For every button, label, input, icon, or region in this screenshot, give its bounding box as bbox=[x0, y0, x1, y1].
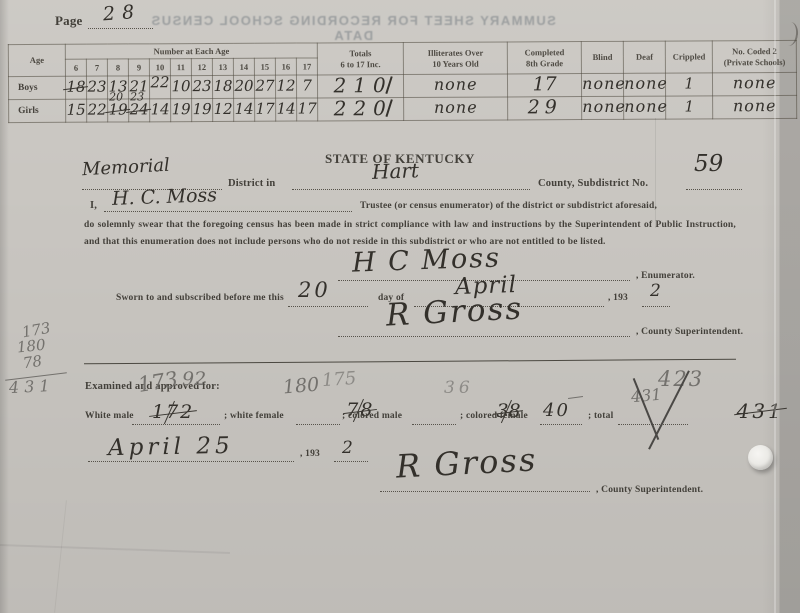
boys-age-count: 23 bbox=[192, 77, 211, 95]
paper-crease bbox=[655, 118, 656, 228]
colored-female-line bbox=[540, 424, 582, 425]
white-female-line bbox=[296, 424, 340, 425]
completed-8th-header: Completed 8th Grade bbox=[507, 42, 581, 74]
boys-age-count: 27 bbox=[255, 77, 274, 95]
scanned-census-summary-sheet: SUMMARY SHEET FOR RECORDING SCHOOL CENSU… bbox=[0, 0, 800, 613]
girls-total: 220 bbox=[329, 96, 393, 120]
white-female-label: ; white female bbox=[224, 411, 284, 421]
boys-age-count: 22 bbox=[150, 73, 169, 91]
girls-age-count: 14 bbox=[151, 100, 170, 118]
count-cell: 22 bbox=[87, 99, 108, 122]
boys-age-count: 18 bbox=[213, 77, 232, 95]
age-header-6: 6 bbox=[65, 59, 86, 76]
girls-completed-8th: 29 bbox=[528, 96, 562, 118]
age-header-12: 12 bbox=[191, 58, 212, 75]
girls-blind-cell: none bbox=[582, 96, 624, 119]
girls-age-count: 19 bbox=[172, 100, 191, 118]
girls-age-count: 14 bbox=[277, 100, 296, 118]
totals-header-line2: 6 to 17 Inc. bbox=[318, 58, 403, 69]
pencil-above-colored-male: 36 bbox=[444, 380, 474, 397]
crippled-header: Crippled bbox=[665, 41, 712, 73]
county-name-handwritten: Hart bbox=[372, 160, 420, 182]
girls-coded-cell: none bbox=[713, 95, 797, 118]
count-cell: 17 bbox=[297, 98, 318, 121]
age-header-13: 13 bbox=[212, 58, 233, 75]
girls-illiterates: none bbox=[434, 98, 478, 117]
coded-header-line2: (Private Schools) bbox=[713, 56, 796, 67]
pencil-top-total: 423 bbox=[658, 369, 704, 390]
girls-crippled-cell: 1 bbox=[666, 96, 713, 119]
approval-year-prefix: , 193 bbox=[300, 449, 320, 459]
paper-crease bbox=[54, 500, 67, 612]
girls-age-8-correction: 20 bbox=[109, 90, 123, 103]
age-header-9: 9 bbox=[128, 59, 149, 76]
sworn-year-digit-handwritten: 2 bbox=[650, 283, 661, 300]
count-cell: 19 20 bbox=[108, 99, 129, 122]
trustee-clause: Trustee (or census enumerator) of the di… bbox=[360, 201, 738, 211]
coded-header-line1: No. Coded 2 bbox=[713, 46, 796, 57]
age-header-17: 17 bbox=[296, 58, 317, 75]
sworn-day-line bbox=[288, 306, 368, 307]
age-header-16: 16 bbox=[275, 58, 296, 75]
i-label: I, bbox=[90, 200, 97, 211]
girls-age-count-struck: 19 bbox=[109, 102, 128, 117]
boys-age-count: 20 bbox=[234, 77, 253, 95]
trustee-name-line bbox=[104, 211, 352, 212]
total-line bbox=[618, 424, 688, 425]
completed-header-line1: Completed bbox=[508, 47, 581, 58]
white-male-line bbox=[132, 424, 220, 425]
approval-year-digit: 2 bbox=[342, 440, 353, 457]
age-header-7: 7 bbox=[86, 59, 107, 76]
count-cell: 24 23 bbox=[129, 99, 150, 122]
boys-age-count: 18 bbox=[66, 80, 85, 95]
punch-hole bbox=[748, 445, 773, 470]
colored-female-label: ; colored female bbox=[460, 411, 528, 421]
boys-coded-cell: none bbox=[713, 72, 797, 95]
sworn-year-line bbox=[642, 306, 670, 307]
girls-age-count-struck: 24 bbox=[130, 102, 149, 117]
count-cell: 23 bbox=[86, 76, 107, 99]
superintendent-signature-line bbox=[338, 336, 630, 337]
illiterates-header: Illiterates Over 10 Years Old bbox=[403, 42, 507, 75]
coded-header: No. Coded 2 (Private Schools) bbox=[712, 40, 796, 72]
count-cell: 14 bbox=[276, 98, 297, 121]
colored-male-line bbox=[412, 424, 456, 425]
superintendent-label: , County Superintendent. bbox=[636, 327, 743, 337]
count-cell: 7 bbox=[296, 75, 317, 98]
sworn-year-prefix: , 193 bbox=[608, 293, 628, 303]
bleed-through-title: SUMMARY SHEET FOR RECORDING SCHOOL CENSU… bbox=[128, 13, 578, 43]
illiterates-header-line1: Illiterates Over bbox=[404, 47, 507, 58]
count-cell: 22 bbox=[149, 76, 170, 99]
blind-header: Blind bbox=[581, 41, 623, 73]
count-cell: 19 bbox=[192, 98, 213, 121]
pencil-beside-examined: 92 bbox=[182, 370, 206, 389]
superintendent-signature-bottom: R Gross bbox=[395, 443, 538, 482]
superintendent-signature-bottom-line bbox=[380, 491, 590, 492]
page-number-line bbox=[88, 28, 153, 29]
colored-female-value: 40 bbox=[543, 402, 570, 420]
subdistrict-number-line bbox=[686, 189, 742, 190]
girls-row-label: Girls bbox=[9, 99, 66, 122]
page-label: Page bbox=[55, 13, 83, 29]
boys-completed-cell: 17 bbox=[508, 74, 582, 97]
approval-year-line bbox=[334, 461, 368, 462]
girls-coded: none bbox=[733, 96, 777, 115]
colored-male-label: ; colored male bbox=[342, 411, 402, 421]
district-in-label: District in bbox=[228, 178, 275, 189]
age-header-8: 8 bbox=[107, 59, 128, 76]
girls-completed-cell: 29 bbox=[508, 97, 582, 120]
boys-illiterates: none bbox=[434, 75, 478, 94]
pencil-above-white-female-a: 180 bbox=[282, 375, 320, 397]
approval-date-line bbox=[88, 461, 294, 462]
boys-deaf-cell: none bbox=[624, 73, 666, 96]
boys-illiterates-cell: none bbox=[404, 74, 508, 98]
subdistrict-number-handwritten: 59 bbox=[694, 153, 723, 176]
count-cell: 12 bbox=[213, 98, 234, 121]
age-header-11: 11 bbox=[170, 59, 191, 76]
boys-crippled: 1 bbox=[684, 74, 694, 92]
girls-age-count: 12 bbox=[214, 100, 233, 118]
completed-header-line2: 8th Grade bbox=[508, 58, 581, 69]
count-cell: 23 bbox=[191, 75, 212, 98]
girls-crippled: 1 bbox=[684, 97, 694, 115]
pencil-above-total: 431 bbox=[630, 387, 662, 406]
paper-crease bbox=[0, 544, 230, 554]
boys-completed-8th: 17 bbox=[533, 73, 557, 95]
count-cell: 12 bbox=[275, 75, 296, 98]
illiterates-header-line2: 10 Years Old bbox=[404, 58, 507, 69]
girls-row: Girls 15 22 19 20 24 23 14 19 19 12 14 1… bbox=[9, 95, 797, 122]
boys-age-count: 7 bbox=[302, 76, 312, 94]
girls-deaf-cell: none bbox=[624, 96, 666, 119]
margin-addend-3: 78 bbox=[22, 354, 43, 372]
girls-age-count: 15 bbox=[67, 101, 86, 119]
girls-illiterates-cell: none bbox=[404, 97, 508, 121]
page-number-handwritten: 28 bbox=[102, 3, 141, 25]
girls-total-cell: 220 bbox=[318, 97, 404, 120]
girls-age-count: 17 bbox=[298, 99, 317, 117]
age-column-header: Age bbox=[8, 44, 65, 76]
boys-blind-cell: none bbox=[582, 73, 624, 96]
total-value-struck: 431 bbox=[737, 401, 784, 421]
boys-age-count: 12 bbox=[276, 77, 295, 95]
sworn-prefix: Sworn to and subscribed before me this bbox=[116, 293, 284, 303]
count-cell: 10 bbox=[170, 76, 191, 99]
pencil-dash bbox=[568, 396, 583, 399]
girls-deaf: none bbox=[624, 97, 668, 116]
enumerator-signature: H C Moss bbox=[352, 244, 502, 276]
count-cell: 18 bbox=[212, 75, 233, 98]
boys-total: 210 bbox=[329, 73, 393, 97]
county-subdistrict-label: County, Subdistrict No. bbox=[538, 178, 648, 189]
count-cell: 20 bbox=[233, 75, 254, 98]
white-male-value-struck: 172 bbox=[152, 403, 194, 422]
trustee-name-handwritten: H. C. Moss bbox=[112, 186, 218, 209]
deaf-header: Deaf bbox=[623, 41, 665, 73]
girls-age-count: 17 bbox=[256, 100, 275, 118]
count-cell: 27 bbox=[254, 75, 275, 98]
count-cell: 14 bbox=[150, 99, 171, 122]
boys-age-count: 10 bbox=[171, 77, 190, 95]
group-header: Number at Each Age bbox=[65, 43, 317, 59]
count-cell: 17 bbox=[255, 98, 276, 121]
margin-sum: 431 bbox=[9, 378, 55, 396]
boys-total-cell: 210 bbox=[318, 74, 404, 97]
superintendent-signature: R Gross bbox=[385, 293, 524, 331]
count-cell: 14 bbox=[234, 98, 255, 121]
pencil-above-white-female-b: 175 bbox=[321, 370, 357, 390]
boys-coded: none bbox=[733, 73, 777, 92]
total-label: ; total bbox=[588, 411, 613, 421]
count-cell: 18 bbox=[65, 76, 86, 99]
boys-blind: none bbox=[582, 74, 626, 93]
count-cell: 15 bbox=[66, 99, 87, 122]
girls-age-9-correction: 23 bbox=[130, 90, 144, 103]
sworn-day-handwritten: 20 bbox=[298, 280, 331, 301]
age-header-14: 14 bbox=[233, 58, 254, 75]
count-cell: 19 bbox=[171, 99, 192, 122]
girls-age-count: 19 bbox=[193, 100, 212, 118]
approval-date-handwritten: April 25 bbox=[108, 435, 234, 460]
enumerator-label: , Enumerator. bbox=[636, 271, 695, 281]
boys-row-label: Boys bbox=[8, 76, 65, 99]
boys-crippled-cell: 1 bbox=[666, 73, 713, 96]
girls-age-count: 14 bbox=[235, 100, 254, 118]
girls-age-count: 22 bbox=[88, 101, 107, 119]
totals-header-line1: Totals bbox=[318, 48, 403, 59]
district-name-handwritten: Memorial bbox=[82, 157, 171, 180]
superintendent-label-bottom: , County Superintendent. bbox=[596, 485, 703, 495]
age-header-15: 15 bbox=[254, 58, 275, 75]
county-name-line bbox=[292, 189, 530, 190]
boys-age-count: 23 bbox=[87, 78, 106, 96]
section-divider bbox=[84, 359, 736, 365]
boys-deaf: none bbox=[624, 74, 668, 93]
census-table: Age Number at Each Age Totals 6 to 17 In… bbox=[8, 40, 798, 123]
girls-blind: none bbox=[582, 97, 626, 116]
white-male-label: White male bbox=[85, 411, 134, 421]
totals-header: Totals 6 to 17 Inc. bbox=[317, 42, 403, 74]
